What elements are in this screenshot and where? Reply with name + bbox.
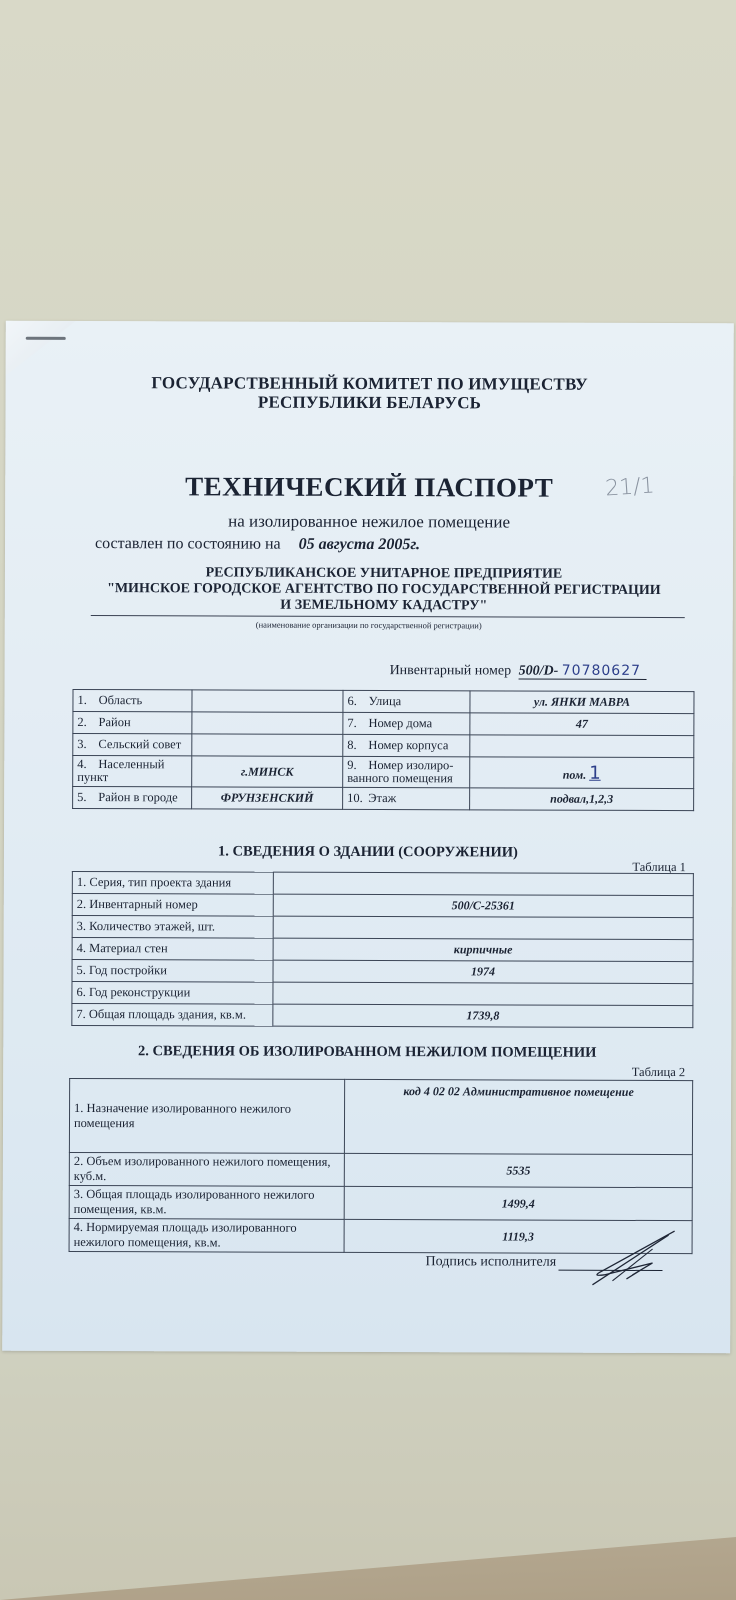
table-row: 3. Сельский совет 8. Номер корпуса bbox=[73, 733, 694, 757]
org-line-2: "МИНСКОЕ ГОРОДСКОЕ АГЕНТСТВО ПО ГОСУДАРС… bbox=[75, 581, 693, 599]
address-label-cell: 9. Номер изолиро-ванного помещения bbox=[343, 756, 470, 787]
address-label-cell: 1. Область bbox=[73, 689, 192, 711]
handwritten-note: 21/1 bbox=[604, 473, 655, 501]
street-value: ул. ЯНКИ МАВРА bbox=[470, 691, 694, 714]
as-of-label: составлен по состоянию на bbox=[95, 535, 281, 553]
registration-organization: РЕСПУБЛИКАНСКОЕ УНИТАРНОЕ ПРЕДПРИЯТИЕ "М… bbox=[75, 565, 693, 615]
document-subtitle: на изолированное нежилое помещение bbox=[5, 511, 733, 534]
building-table: 1. Серия, тип проекта здания 2. Инвентар… bbox=[71, 871, 694, 1028]
table-2-label: Таблица 2 bbox=[632, 1065, 686, 1080]
table-row: 4. Населенный пункт г.МИНСК 9. Номер изо… bbox=[73, 755, 694, 788]
org-line-3: И ЗЕМЕЛЬНОМУ КАДАСТРУ" bbox=[75, 597, 693, 615]
table-row: 3. Количество этажей, шт. bbox=[72, 915, 693, 939]
inventory-number: Инвентарный номер 500/D- 70780627 bbox=[390, 662, 648, 680]
city-district-value: ФРУНЗЕНСКИЙ bbox=[192, 787, 343, 810]
table-row: 2. Объем изолированного нежилого помещен… bbox=[69, 1152, 692, 1187]
section-2-heading: 2. СВЕДЕНИЯ ОБ ИЗОЛИРОВАННОМ НЕЖИЛОМ ПОМ… bbox=[3, 1043, 731, 1063]
org-caption: (наименование организации по государстве… bbox=[5, 619, 733, 632]
address-value-cell bbox=[192, 734, 343, 757]
building-block-value bbox=[470, 735, 694, 758]
issuer-header: ГОСУДАРСТВЕННЫЙ КОМИТЕТ ПО ИМУЩЕСТВУ РЕС… bbox=[5, 373, 733, 414]
table-row: 5. Район в городе ФРУНЗЕНСКИЙ 10. Этаж п… bbox=[73, 786, 694, 810]
address-label-cell: 2. Район bbox=[73, 711, 192, 733]
signature-label: Подпись исполнителя bbox=[425, 1254, 556, 1269]
address-label-cell: 3. Сельский совет bbox=[73, 733, 192, 755]
table-row: 1. Серия, тип проекта здания bbox=[72, 871, 693, 895]
issuer-line-1: ГОСУДАРСТВЕННЫЙ КОМИТЕТ ПО ИМУЩЕСТВУ bbox=[6, 373, 734, 395]
address-label-cell: 6. Улица bbox=[343, 690, 470, 712]
signature-scribble-icon bbox=[582, 1223, 682, 1293]
table-row: 1. Область 6. Улица ул. ЯНКИ МАВРА bbox=[73, 689, 694, 713]
premises-number-value: пом. 1 bbox=[470, 757, 694, 789]
inventory-label: Инвентарный номер bbox=[390, 663, 512, 678]
issuer-line-2: РЕСПУБЛИКИ БЕЛАРУСЬ bbox=[5, 392, 733, 414]
table-row: 4. Материал стенкирпичные bbox=[72, 937, 693, 961]
address-value-cell bbox=[192, 690, 343, 713]
inventory-prefix: 500/D- bbox=[519, 664, 559, 679]
as-of-line: составлен по состоянию на 05 августа 200… bbox=[95, 535, 420, 554]
table-row: 6. Год реконструкции bbox=[72, 981, 693, 1005]
address-label-cell: 4. Населенный пункт bbox=[73, 755, 192, 786]
address-label-cell: 7. Номер дома bbox=[343, 712, 470, 734]
address-label-cell: 5. Район в городе bbox=[73, 786, 192, 808]
table-row: 5. Год постройки1974 bbox=[72, 959, 693, 983]
corner-fold bbox=[6, 321, 76, 376]
section-1-heading: 1. СВЕДЕНИЯ О ЗДАНИИ (СООРУЖЕНИИ) bbox=[4, 843, 732, 863]
house-number-value: 47 bbox=[470, 713, 694, 736]
table-row: 3. Общая площадь изолированного нежилого… bbox=[69, 1185, 692, 1220]
org-underline bbox=[91, 615, 685, 618]
desk-surface bbox=[0, 1510, 736, 1600]
address-label-cell: 8. Номер корпуса bbox=[343, 734, 470, 756]
staple-mark bbox=[26, 337, 66, 340]
as-of-date: 05 августа 2005г. bbox=[299, 536, 420, 553]
inventory-value: 500/D- 70780627 bbox=[519, 664, 647, 680]
premises-number-handwritten: 1 bbox=[589, 762, 601, 783]
address-table: 1. Область 6. Улица ул. ЯНКИ МАВРА 2. Ра… bbox=[72, 689, 694, 811]
floor-value: подвал,1,2,3 bbox=[470, 788, 694, 811]
table-row: 2. Инвентарный номер500/С-25361 bbox=[72, 893, 693, 917]
address-value-cell bbox=[192, 712, 343, 735]
table-row: 2. Район 7. Номер дома 47 bbox=[73, 711, 694, 735]
address-label-cell: 10. Этаж bbox=[343, 787, 470, 809]
settlement-value: г.МИНСК bbox=[192, 756, 343, 788]
table-row: 1. Назначение изолированного нежилого по… bbox=[69, 1078, 692, 1154]
table-row: 7. Общая площадь здания, кв.м.1739,8 bbox=[72, 1003, 693, 1027]
inventory-handwritten: 70780627 bbox=[562, 663, 641, 679]
technical-passport-page: ГОСУДАРСТВЕННЫЙ КОМИТЕТ ПО ИМУЩЕСТВУ РЕС… bbox=[2, 321, 734, 1354]
